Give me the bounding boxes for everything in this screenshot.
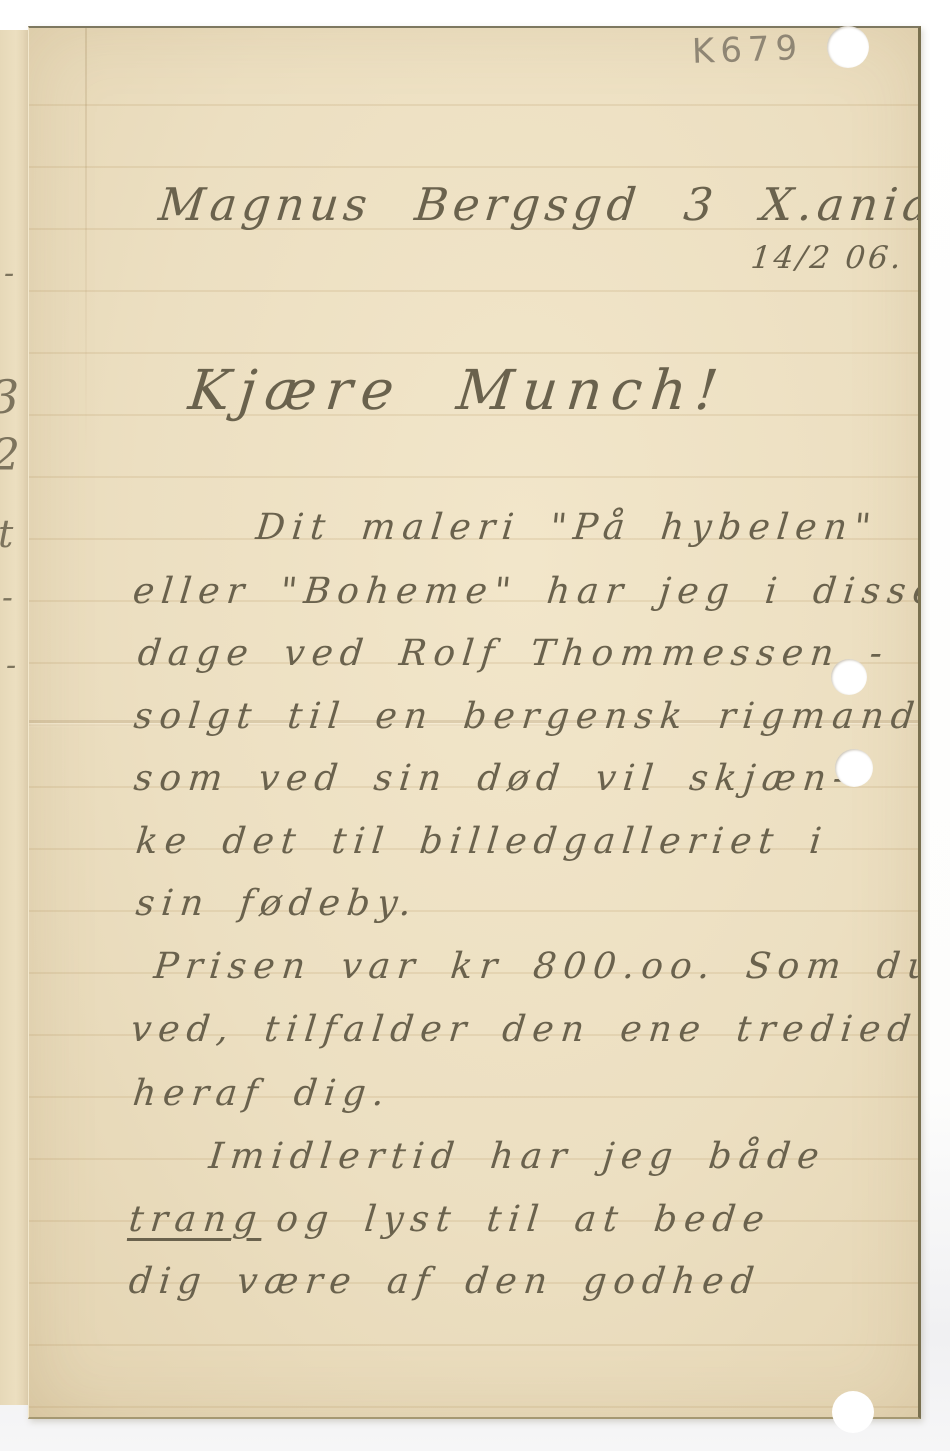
letter-body-line: Prisen var kr 800.oo. Som du [151,943,921,991]
verso-text-fragment: t [0,512,13,556]
archive-number: K679 [691,28,804,72]
letter-body-line: Imidlertid har jeg både [206,1133,828,1181]
letter-body-line: dig være af den godhed [126,1258,763,1306]
vertical-crease [85,28,87,458]
letter-salutation: Kjære Munch! [186,358,730,422]
verso-text-fragment: - [6,648,16,683]
underlined-word: trang [127,1199,266,1240]
underlying-page-edge: - 3 2 t - - [0,30,31,1405]
punch-hole [827,26,869,68]
letter-address: Magnus Bergsgd 3 X.ania [156,178,921,231]
letter-body-line: heraf dig. [130,1070,393,1118]
letter-body-line: som ved sin død vil skjæn- [131,755,854,803]
letter-body-line-rest: og lyst til at bede [274,1199,773,1240]
letter-body-line: sin fødeby. [133,880,420,928]
letter-date: 14/2 06. [749,240,906,276]
letter-body-line: solgt til en bergensk rigmand, [131,693,921,741]
letter-body-line: eller "Boheme" har jeg i disse [130,568,921,616]
verso-text-fragment: 2 [0,430,20,481]
punch-hole [835,749,873,787]
letter-body-line: ved, tilfalder den ene trediedel [128,1006,921,1054]
letter-page: K679 Magnus Bergsgd 3 X.ania 14/2 06. Kj… [28,26,921,1419]
letter-body-line: dage ved Rolf Thommessen - [135,630,891,678]
verso-text-fragment: - [2,578,13,616]
letter-body-line: Dit maleri "På hybelen" [253,504,879,552]
scanned-letter-page: - 3 2 t - - K679 Magnus Bergsgd 3 X.ania… [0,0,950,1451]
verso-text-fragment: 3 [0,370,19,424]
punch-hole [832,1391,874,1433]
punch-hole [831,659,867,695]
letter-body-line: trangog lyst til at bede [126,1196,773,1244]
letter-body-line: ke det til billedgalleriet i [133,818,830,866]
verso-text-fragment: - [4,256,14,291]
